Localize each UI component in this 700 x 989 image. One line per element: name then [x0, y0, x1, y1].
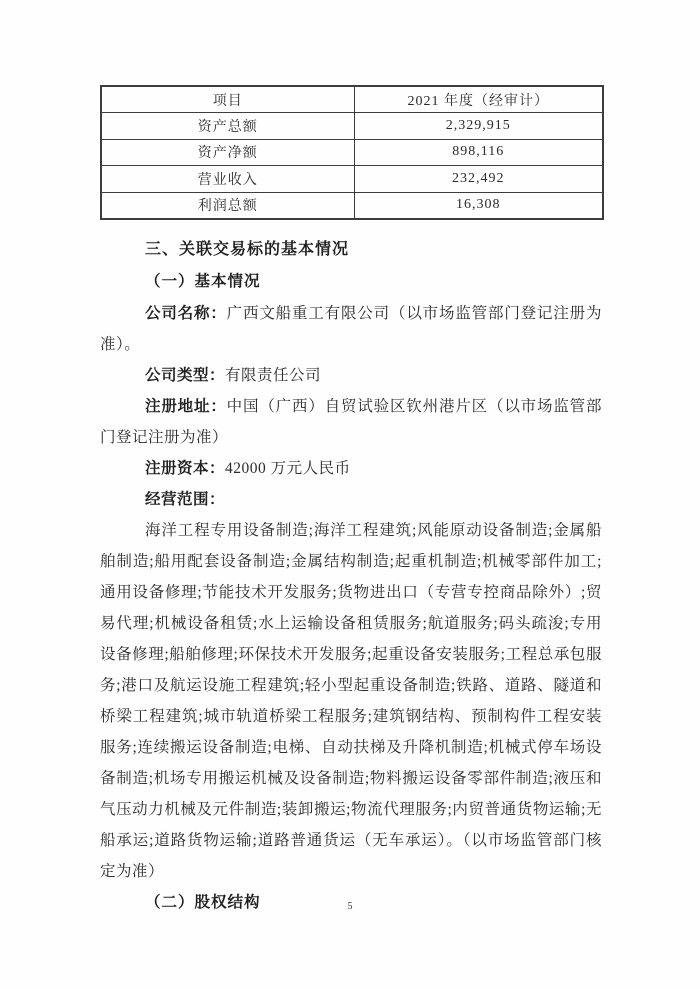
field-company-name: 公司名称：广西文船重工有限公司（以市场监管部门登记注册为准）。: [100, 298, 602, 360]
page-content: 项目 2021 年度（经审计） 资产总额 2,329,915 资产净额 898,…: [100, 85, 602, 919]
column-header-item: 项目: [101, 86, 354, 113]
table-row: 资产总额 2,329,915: [101, 113, 603, 140]
table-row: 营业收入 232,492: [101, 166, 603, 193]
page-number: 5: [0, 901, 700, 912]
document-page: 项目 2021 年度（经审计） 资产总额 2,329,915 资产净额 898,…: [0, 0, 700, 989]
subsection-heading-basic-info: （一）基本情况: [100, 266, 602, 298]
row-value: 16,308: [354, 192, 603, 219]
table-row: 利润总额 16,308: [101, 192, 603, 219]
row-label: 资产总额: [101, 113, 354, 140]
field-registered-address: 注册地址：中国（广西）自贸试验区钦州港片区（以市场监管部门登记注册为准）: [100, 391, 602, 453]
row-label: 资产净额: [101, 139, 354, 166]
row-label: 利润总额: [101, 192, 354, 219]
field-registered-capital: 注册资本：42000 万元人民币: [100, 453, 602, 484]
row-label: 营业收入: [101, 166, 354, 193]
field-label: 经营范围：: [145, 491, 225, 508]
field-label: 公司名称：: [145, 305, 227, 322]
table-row: 资产净额 898,116: [101, 139, 603, 166]
field-label: 注册资本：: [145, 460, 225, 477]
field-label: 注册地址：: [145, 398, 227, 415]
field-label: 公司类型：: [145, 367, 225, 384]
field-value: 有限责任公司: [225, 367, 321, 384]
table-header-row: 项目 2021 年度（经审计）: [101, 86, 603, 113]
row-value: 898,116: [354, 139, 603, 166]
section-heading: 三、关联交易标的基本情况: [100, 234, 602, 266]
financial-summary-table: 项目 2021 年度（经审计） 资产总额 2,329,915 资产净额 898,…: [100, 85, 604, 220]
field-company-type: 公司类型：有限责任公司: [100, 360, 602, 391]
field-business-scope-label: 经营范围：: [100, 484, 602, 515]
row-value: 232,492: [354, 166, 603, 193]
field-value: 42000 万元人民币: [225, 460, 351, 477]
business-scope-paragraph: 海洋工程专用设备制造;海洋工程建筑;风能原动设备制造;金属船舶制造;船用配套设备…: [100, 515, 602, 887]
column-header-year: 2021 年度（经审计）: [354, 86, 603, 113]
row-value: 2,329,915: [354, 113, 603, 140]
